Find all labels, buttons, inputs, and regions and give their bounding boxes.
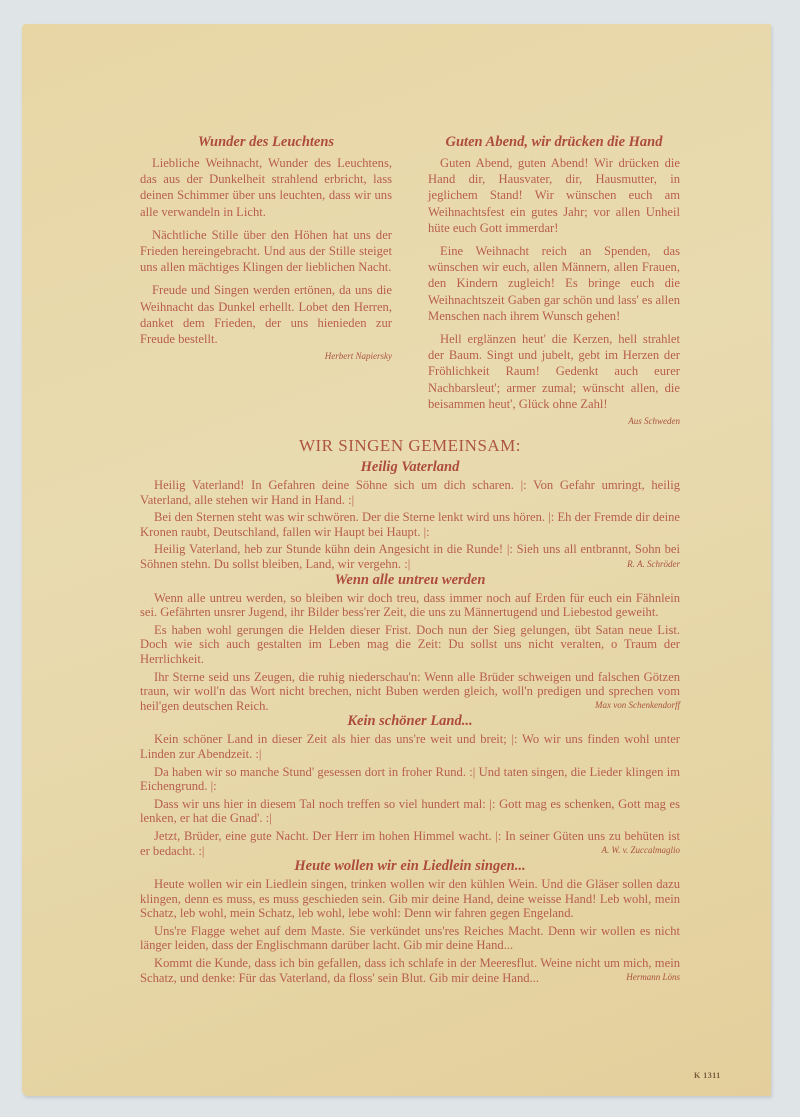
poem-guten-abend: Guten Abend, wir drücken die Hand Guten …: [428, 130, 680, 426]
poem-wunder-des-leuchtens: Wunder des Leuchtens Liebliche Weihnacht…: [140, 130, 392, 426]
poem-author: Herbert Napiersky: [140, 351, 392, 361]
song-verse: Kein schöner Land in dieser Zeit als hie…: [140, 732, 680, 761]
song-verse: Es haben wohl gerungen die Helden dieser…: [140, 623, 680, 667]
song-title: Heute wollen wir ein Liedlein singen...: [140, 858, 680, 875]
poem-paragraph: Guten Abend, guten Abend! Wir drücken di…: [428, 155, 680, 236]
poem-paragraph: Freude und Singen werden ertönen, da uns…: [140, 282, 392, 347]
printed-content: Wunder des Leuchtens Liebliche Weihnacht…: [140, 130, 680, 984]
song-heute-wollen-wir: Heute wollen wir ein Liedlein singen... …: [140, 858, 680, 982]
song-heilig-vaterland: Heilig Vaterland Heilig Vaterland! In Ge…: [140, 459, 680, 569]
song-wenn-alle-untreu-werden: Wenn alle untreu werden Wenn alle untreu…: [140, 572, 680, 711]
song-verse: Heute wollen wir ein Liedlein singen, tr…: [140, 877, 680, 921]
song-verse: Dass wir uns hier in diesem Tal noch tre…: [140, 797, 680, 826]
song-verse: Da haben wir so manche Stund' gesessen d…: [140, 765, 680, 794]
song-verse: Wenn alle untreu werden, so bleiben wir …: [140, 591, 680, 620]
poem-title: Guten Abend, wir drücken die Hand: [428, 134, 680, 151]
poem-paragraph: Nächtliche Stille über den Höhen hat uns…: [140, 227, 392, 276]
song-title: Heilig Vaterland: [140, 459, 680, 476]
poem-title: Wunder des Leuchtens: [140, 134, 392, 151]
song-verse: Bei den Sternen steht was wir schwören. …: [140, 510, 680, 539]
section-heading: WIR SINGEN GEMEINSAM:: [140, 436, 680, 456]
song-title: Kein schöner Land...: [140, 713, 680, 730]
song-verse: Heilig Vaterland! In Gefahren deine Söhn…: [140, 478, 680, 507]
poem-paragraph: Eine Weihnacht reich an Spenden, das wün…: [428, 243, 680, 324]
poem-paragraph: Liebliche Weihnacht, Wunder des Leuchten…: [140, 155, 392, 220]
song-title: Wenn alle untreu werden: [140, 572, 680, 589]
song-author: A. W. v. Zuccalmaglio: [140, 845, 680, 855]
poem-author: Aus Schweden: [428, 416, 680, 426]
print-code-stamp: K 1311: [694, 1071, 721, 1080]
poem-paragraph: Hell erglänzen heut' die Kerzen, hell st…: [428, 331, 680, 412]
two-column-poems: Wunder des Leuchtens Liebliche Weihnacht…: [140, 130, 680, 426]
song-kein-schoener-land: Kein schöner Land... Kein schöner Land i…: [140, 713, 680, 855]
song-verse: Uns're Flagge wehet auf dem Maste. Sie v…: [140, 924, 680, 953]
